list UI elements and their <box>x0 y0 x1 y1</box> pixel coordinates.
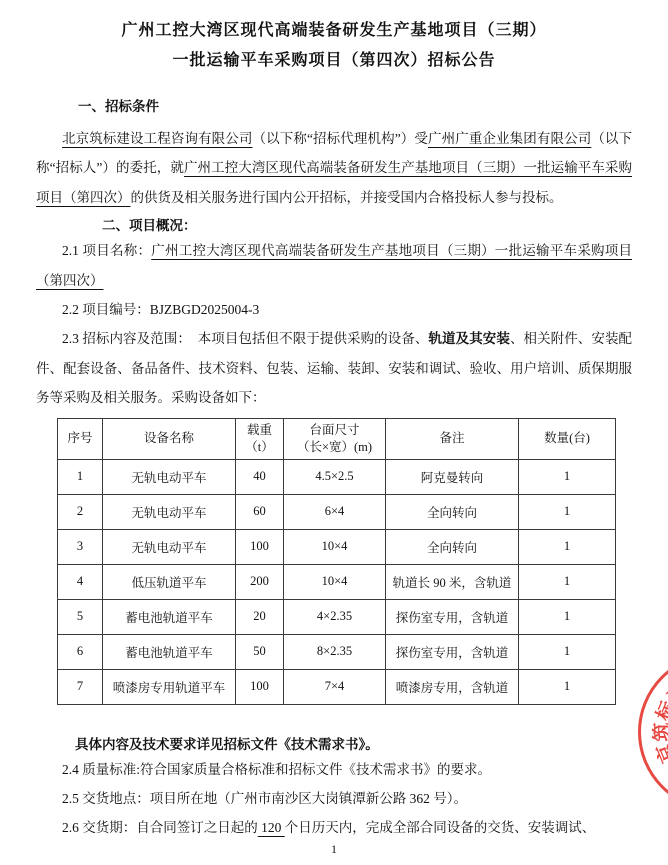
seal-ring-icon <box>638 653 668 811</box>
table-cell: 无轨电动平车 <box>103 494 236 529</box>
table-cell: 1 <box>519 634 616 669</box>
paragraph-project-number: 2.2 项目编号：BJZBGD2025004-3 <box>36 295 632 324</box>
table-cell: 20 <box>236 599 284 634</box>
table-cell: 6 <box>58 634 103 669</box>
table-cell: 200 <box>236 564 284 599</box>
paragraph-bid-scope: 2.3 招标内容及范围： 本项目包括但不限于提供采购的设备、轨道及其安装、相关附… <box>36 324 632 412</box>
table-cell: 1 <box>519 459 616 494</box>
page-number: 1 <box>0 842 668 857</box>
seal-char: 建 <box>663 678 668 709</box>
table-cell: 1 <box>519 529 616 564</box>
table-cell: 无轨电动平车 <box>103 529 236 564</box>
text-segment: 广州广重企业集团有限公司 <box>428 131 591 146</box>
table-cell: 阿克曼转向 <box>386 459 519 494</box>
table-cell: 探伤室专用，含轨道 <box>386 599 519 634</box>
table-header-cell-equipment-name: 设备名称 <box>103 418 236 459</box>
text-segment: 轨道及其安装 <box>428 331 509 346</box>
table-cell: 40 <box>236 459 284 494</box>
procurement-equipment-table: 序号 设备名称 载重 （t） 台面尺寸 （长×宽）(m) 备注 数量(台) 1无… <box>57 418 616 705</box>
text-segment: 2.2 项目编号：BJZBGD2025004-3 <box>62 302 259 317</box>
text-segment: 个日历天内，完成全部合同设备的交货、安装调试、 <box>285 820 596 835</box>
table-row: 2无轨电动平车606×4全向转向1 <box>58 494 616 529</box>
paragraph-project-name: 2.1 项目名称：广州工控大湾区现代高端装备研发生产基地项目（三期）一批运输平车… <box>36 236 632 295</box>
table-header-row: 序号 设备名称 载重 （t） 台面尺寸 （长×宽）(m) 备注 数量(台) <box>58 418 616 459</box>
table-cell: 4 <box>58 564 103 599</box>
table-cell: 喷漆房专用轨道平车 <box>103 669 236 704</box>
table-cell: 4.5×2.5 <box>284 459 386 494</box>
seal-char: 标 <box>653 697 668 726</box>
table-cell: 1 <box>519 564 616 599</box>
seal-char: 北 <box>663 755 668 786</box>
text-segment: 2.3 招标内容及范围： 本项目包括但不限于提供采购的设备、 <box>62 331 428 346</box>
section-heading-bidding-conditions: 一、招标条件 <box>78 97 632 117</box>
table-row: 5蓄电池轨道平车204×2.35探伤室专用，含轨道1 <box>58 599 616 634</box>
table-cell: 2 <box>58 494 103 529</box>
paragraph-delivery-period: 2.6 交货期：自合同签订之日起的 120 个日历天内，完成全部合同设备的交货、… <box>36 813 632 842</box>
table-cell: 蓄电池轨道平车 <box>103 634 236 669</box>
table-cell: 8×2.35 <box>284 634 386 669</box>
table-cell: 喷漆房专用，含轨道 <box>386 669 519 704</box>
paragraph-bidding-conditions: 北京筑标建设工程咨询有限公司（以下称“招标代理机构”）受广州广重企业集团有限公司… <box>36 124 632 212</box>
table-cell: 3 <box>58 529 103 564</box>
table-cell: 100 <box>236 669 284 704</box>
table-row: 4低压轨道平车20010×4轨道长 90 米，含轨道1 <box>58 564 616 599</box>
text-segment: 2.1 项目名称： <box>62 243 151 258</box>
table-cell: 60 <box>236 494 284 529</box>
seal-char: 京 <box>653 738 668 767</box>
doc-title: 广州工控大湾区现代高端装备研发生产基地项目（三期） 一批运输平车采购项目（第四次… <box>36 0 632 76</box>
table-row: 1无轨电动平车404.5×2.5阿克曼转向1 <box>58 459 616 494</box>
table-cell: 1 <box>519 599 616 634</box>
table-header-cell-platform-size: 台面尺寸 （长×宽）(m) <box>284 418 386 459</box>
text-segment: 2.5 交货地点：项目所在地（广州市南沙区大岗镇潭新公路 362 号）。 <box>62 791 467 806</box>
section-heading-project-overview: 二、项目概况： <box>102 216 632 236</box>
doc-title-line1: 广州工控大湾区现代高端装备研发生产基地项目（三期） <box>36 16 632 46</box>
table-cell: 7 <box>58 669 103 704</box>
table-header-cell-remark: 备注 <box>386 418 519 459</box>
table-cell: 探伤室专用，含轨道 <box>386 634 519 669</box>
table-row: 3无轨电动平车10010×4全向转向1 <box>58 529 616 564</box>
table-body: 1无轨电动平车404.5×2.5阿克曼转向12无轨电动平车606×4全向转向13… <box>58 459 616 704</box>
table-cell: 1 <box>58 459 103 494</box>
table-cell: 全向转向 <box>386 529 519 564</box>
table-cell: 蓄电池轨道平车 <box>103 599 236 634</box>
table-row: 6蓄电池轨道平车508×2.35探伤室专用，含轨道1 <box>58 634 616 669</box>
table-cell: 10×4 <box>284 564 386 599</box>
table-cell: 10×4 <box>284 529 386 564</box>
table-header-cell-load: 载重 （t） <box>236 418 284 459</box>
text-segment: 的供货及相关服务进行国内公开招标，并接受国内合格投标人参与投标。 <box>131 190 563 205</box>
table-cell: 无轨电动平车 <box>103 459 236 494</box>
table-cell: 6×4 <box>284 494 386 529</box>
table-cell: 7×4 <box>284 669 386 704</box>
table-cell: 4×2.35 <box>284 599 386 634</box>
text-segment: 2.4 质量标准:符合国家质量合格标准和招标文件《技术需求书》的要求。 <box>62 762 491 777</box>
table-header-cell-quantity: 数量(台) <box>519 418 616 459</box>
company-seal-stamp: 北京筑标建 <box>638 653 668 811</box>
paragraph-technical-requirements-note: 具体内容及技术要求详见招标文件《技术需求书》。 <box>75 735 632 755</box>
table-cell: 50 <box>236 634 284 669</box>
table-cell: 1 <box>519 669 616 704</box>
paragraph-delivery-place: 2.5 交货地点：项目所在地（广州市南沙区大岗镇潭新公路 362 号）。 <box>36 784 632 813</box>
table-cell: 低压轨道平车 <box>103 564 236 599</box>
paragraph-quality-standard: 2.4 质量标准:符合国家质量合格标准和招标文件《技术需求书》的要求。 <box>36 755 632 784</box>
table-cell: 轨道长 90 米，含轨道 <box>386 564 519 599</box>
doc-title-line2: 一批运输平车采购项目（第四次）招标公告 <box>36 46 632 76</box>
table-cell: 100 <box>236 529 284 564</box>
seal-char: 筑 <box>652 721 668 743</box>
table-row: 7喷漆房专用轨道平车1007×4喷漆房专用，含轨道1 <box>58 669 616 704</box>
table-cell: 全向转向 <box>386 494 519 529</box>
text-segment: 北京筑标建设工程咨询有限公司 <box>62 131 253 146</box>
table-header-cell-index: 序号 <box>58 418 103 459</box>
text-segment: 2.6 交货期：自合同签订之日起的 <box>62 820 258 835</box>
table-cell: 1 <box>519 494 616 529</box>
table-cell: 5 <box>58 599 103 634</box>
text-segment: （以下称“招标代理机构”）受 <box>253 131 429 146</box>
text-segment: 120 <box>258 820 285 835</box>
document-page: 广州工控大湾区现代高端装备研发生产基地项目（三期） 一批运输平车采购项目（第四次… <box>0 0 668 865</box>
